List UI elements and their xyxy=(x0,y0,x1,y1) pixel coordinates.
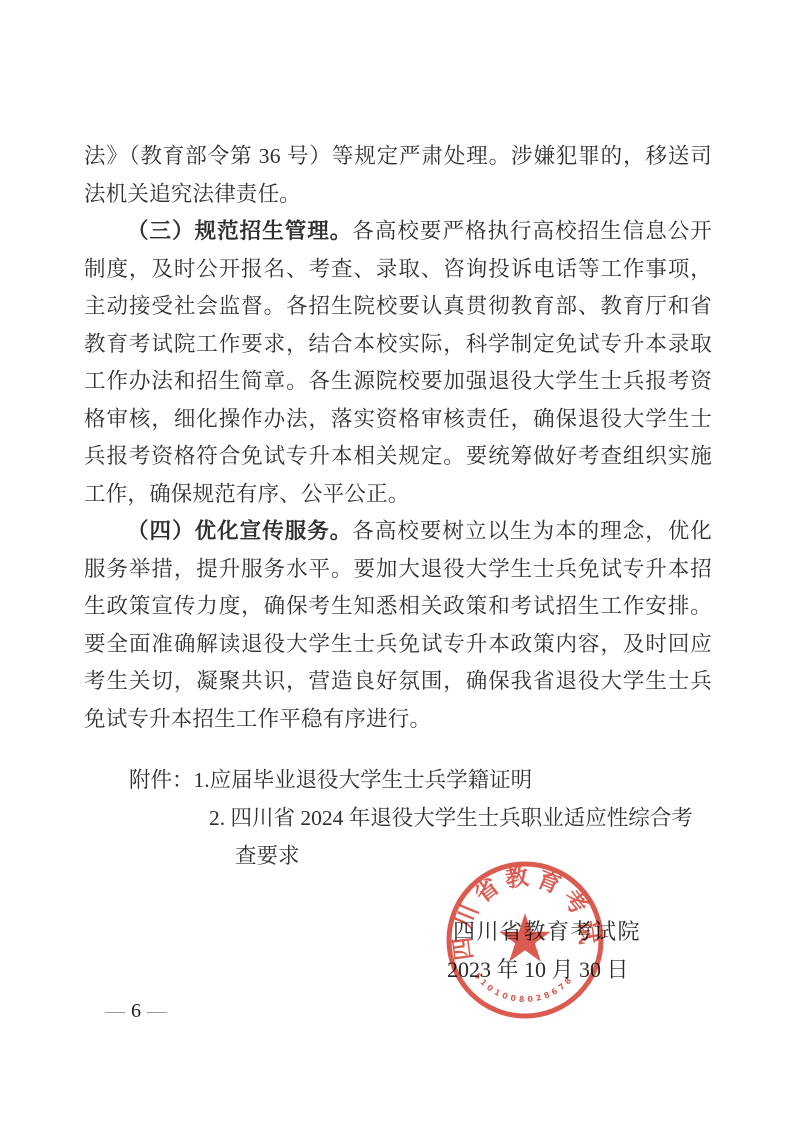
paragraph-continued: 法》（教育部令第 36 号）等规定严肃处理。涉嫌犯罪的，移送司法机关追究法律责任… xyxy=(84,138,712,213)
paragraph-text: 各高校要严格执行高校招生信息公开制度，及时公开报名、考查、录取、咨询投诉电话等工… xyxy=(84,219,712,506)
footer-dash-left: — xyxy=(99,1000,131,1022)
paragraph-text: 法》（教育部令第 36 号）等规定严肃处理。涉嫌犯罪的，移送司法机关追究法律责任… xyxy=(84,144,712,206)
signature-issuer: 四川省教育考试院 xyxy=(453,913,641,950)
attachment-item-1: 1.应届毕业退役大学生士兵学籍证明 xyxy=(194,768,533,792)
section-heading: （三）规范招生管理。 xyxy=(127,219,352,243)
paragraph-section-3: （三）规范招生管理。各高校要严格执行高校招生信息公开制度，及时公开报名、考查、录… xyxy=(84,213,712,513)
section-heading: （四）优化宣传服务。 xyxy=(127,519,352,543)
footer-dash-right: — xyxy=(141,1000,173,1022)
paragraph-text: 各高校要树立以生为本的理念，优化服务举措，提升服务水平。要加大退役大学生士兵免试… xyxy=(84,519,712,731)
page-number-footer: —6— xyxy=(99,996,173,1026)
attachment-item-2: 2. 四川省 2024 年退役大学生士兵职业适应性综合考查要求 xyxy=(209,800,705,875)
document-body: 法》（教育部令第 36 号）等规定严肃处理。涉嫌犯罪的，移送司法机关追究法律责任… xyxy=(84,138,712,738)
attachments-line: 附件：1.应届毕业退役大学生士兵学籍证明 xyxy=(129,762,532,800)
page-number: 6 xyxy=(131,1000,141,1022)
paragraph-section-4: （四）优化宣传服务。各高校要树立以生为本的理念，优化服务举措，提升服务水平。要加… xyxy=(84,513,712,738)
attachments-label: 附件： xyxy=(129,768,194,792)
document-page: 法》（教育部令第 36 号）等规定严肃处理。涉嫌犯罪的，移送司法机关追究法律责任… xyxy=(0,0,794,1122)
signature-date: 2023 年 10 月 30 日 xyxy=(447,951,629,988)
